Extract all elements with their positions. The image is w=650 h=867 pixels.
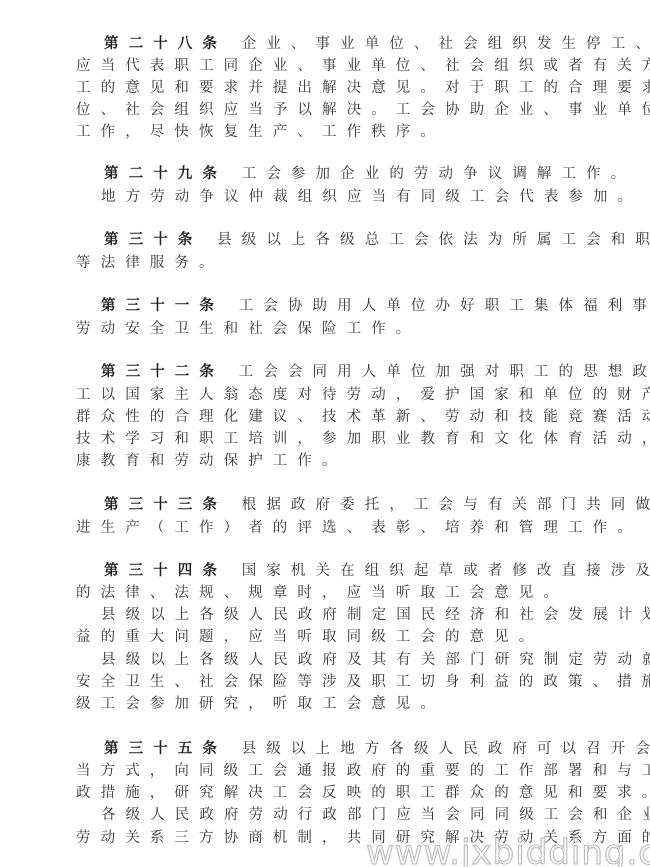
article-heading: 第三十三条: [104, 497, 227, 513]
watermark: www.jxbidding.com: [366, 833, 650, 867]
article-32-line-3: 群众性的合理化建议、技术革新、劳动和技能竞赛活动，进行业余文化: [76, 407, 576, 427]
article-35-line-1: 第三十五条 县级以上地方各级人民政府可以召开会议或者采取适: [104, 739, 604, 759]
article-28-line-2: 应当代表职工同企业、事业单位、社会组织或者有关方面协商，反映职: [76, 56, 576, 76]
article-32-line-5: 康教育和劳动保护工作。: [76, 451, 576, 471]
article-28-line-1: 第二十八条 企业、事业单位、社会组织发生停工、怠工事件，工会: [104, 34, 604, 54]
article-35-line-3: 政措施，研究解决工会反映的职工群众的意见和要求。: [76, 783, 576, 803]
article-31-line-1: 第三十一条 工会协助用人单位办好职工集体福利事业，做好工资、: [101, 296, 601, 316]
article-29-line-2: 地方劳动争议仲裁组织应当有同级工会代表参加。: [101, 187, 601, 207]
article-34-line-7: 级工会参加研究，听取工会意见。: [76, 694, 576, 714]
article-34-line-3: 县级以上各级人民政府制定国民经济和社会发展计划，对涉及职工利: [101, 605, 601, 625]
article-30-line-2: 等法律服务。: [76, 253, 576, 273]
article-29-line-1: 第二十九条 工会参加企业的劳动争议调解工作。: [104, 164, 604, 184]
article-32-line-2: 工以国家主人翁态度对待劳动，爱护国家和单位的财产；组织职工开展: [76, 385, 576, 405]
article-heading: 第三十五条: [104, 741, 227, 757]
article-heading: 第二十九条: [104, 166, 227, 182]
article-30-line-1: 第三十条 县级以上各级总工会依法为所属工会和职工提供法律援助: [104, 230, 604, 250]
article-35-line-4: 各级人民政府劳动行政部门应当会同同级工会和企业方面代表，建立: [101, 805, 601, 825]
article-33-line-2: 进生产（工作）者的评选、表彰、培养和管理工作。: [76, 518, 576, 538]
article-heading: 第三十二条: [101, 364, 224, 380]
article-28-line-3: 工的意见和要求并提出解决意见。对于职工的合理要求，企业、事业单: [76, 78, 576, 98]
article-heading: 第三十四条: [104, 563, 227, 579]
article-31-line-2: 劳动安全卫生和社会保险工作。: [76, 319, 576, 339]
article-28-line-5: 工作，尽快恢复生产、工作秩序。: [76, 122, 576, 142]
article-35-line-2: 当方式，向同级工会通报政府的重要的工作部署和与工会工作有关的行: [76, 761, 576, 781]
article-34-line-6: 安全卫生、社会保险等涉及职工切身利益的政策、措施时，应当吸收同: [76, 672, 576, 692]
article-heading: 第二十八条: [104, 36, 227, 52]
article-34-line-4: 益的重大问题，应当听取同级工会的意见。: [76, 627, 576, 647]
article-34-line-1: 第三十四条 国家机关在组织起草或者修改直接涉及职工切身利益: [104, 561, 604, 581]
article-heading: 第三十一条: [101, 298, 224, 314]
article-32-line-1: 第三十二条 工会会同用人单位加强对职工的思想政治引领，教育职: [101, 362, 601, 382]
article-32-line-4: 技术学习和职工培训，参加职业教育和文化体育活动，推进职业安全健: [76, 429, 576, 449]
article-34-line-5: 县级以上各级人民政府及其有关部门研究制定劳动就业、工资、劳动: [101, 650, 601, 670]
article-heading: 第三十条: [104, 232, 202, 248]
article-34-line-2: 的法律、法规、规章时，应当听取工会意见。: [76, 583, 576, 603]
article-33-line-1: 第三十三条 根据政府委托，工会与有关部门共同做好劳动模范和先: [104, 495, 604, 515]
article-28-line-4: 位、社会组织应当予以解决。工会协助企业、事业单位、社会组织做好: [76, 100, 576, 120]
